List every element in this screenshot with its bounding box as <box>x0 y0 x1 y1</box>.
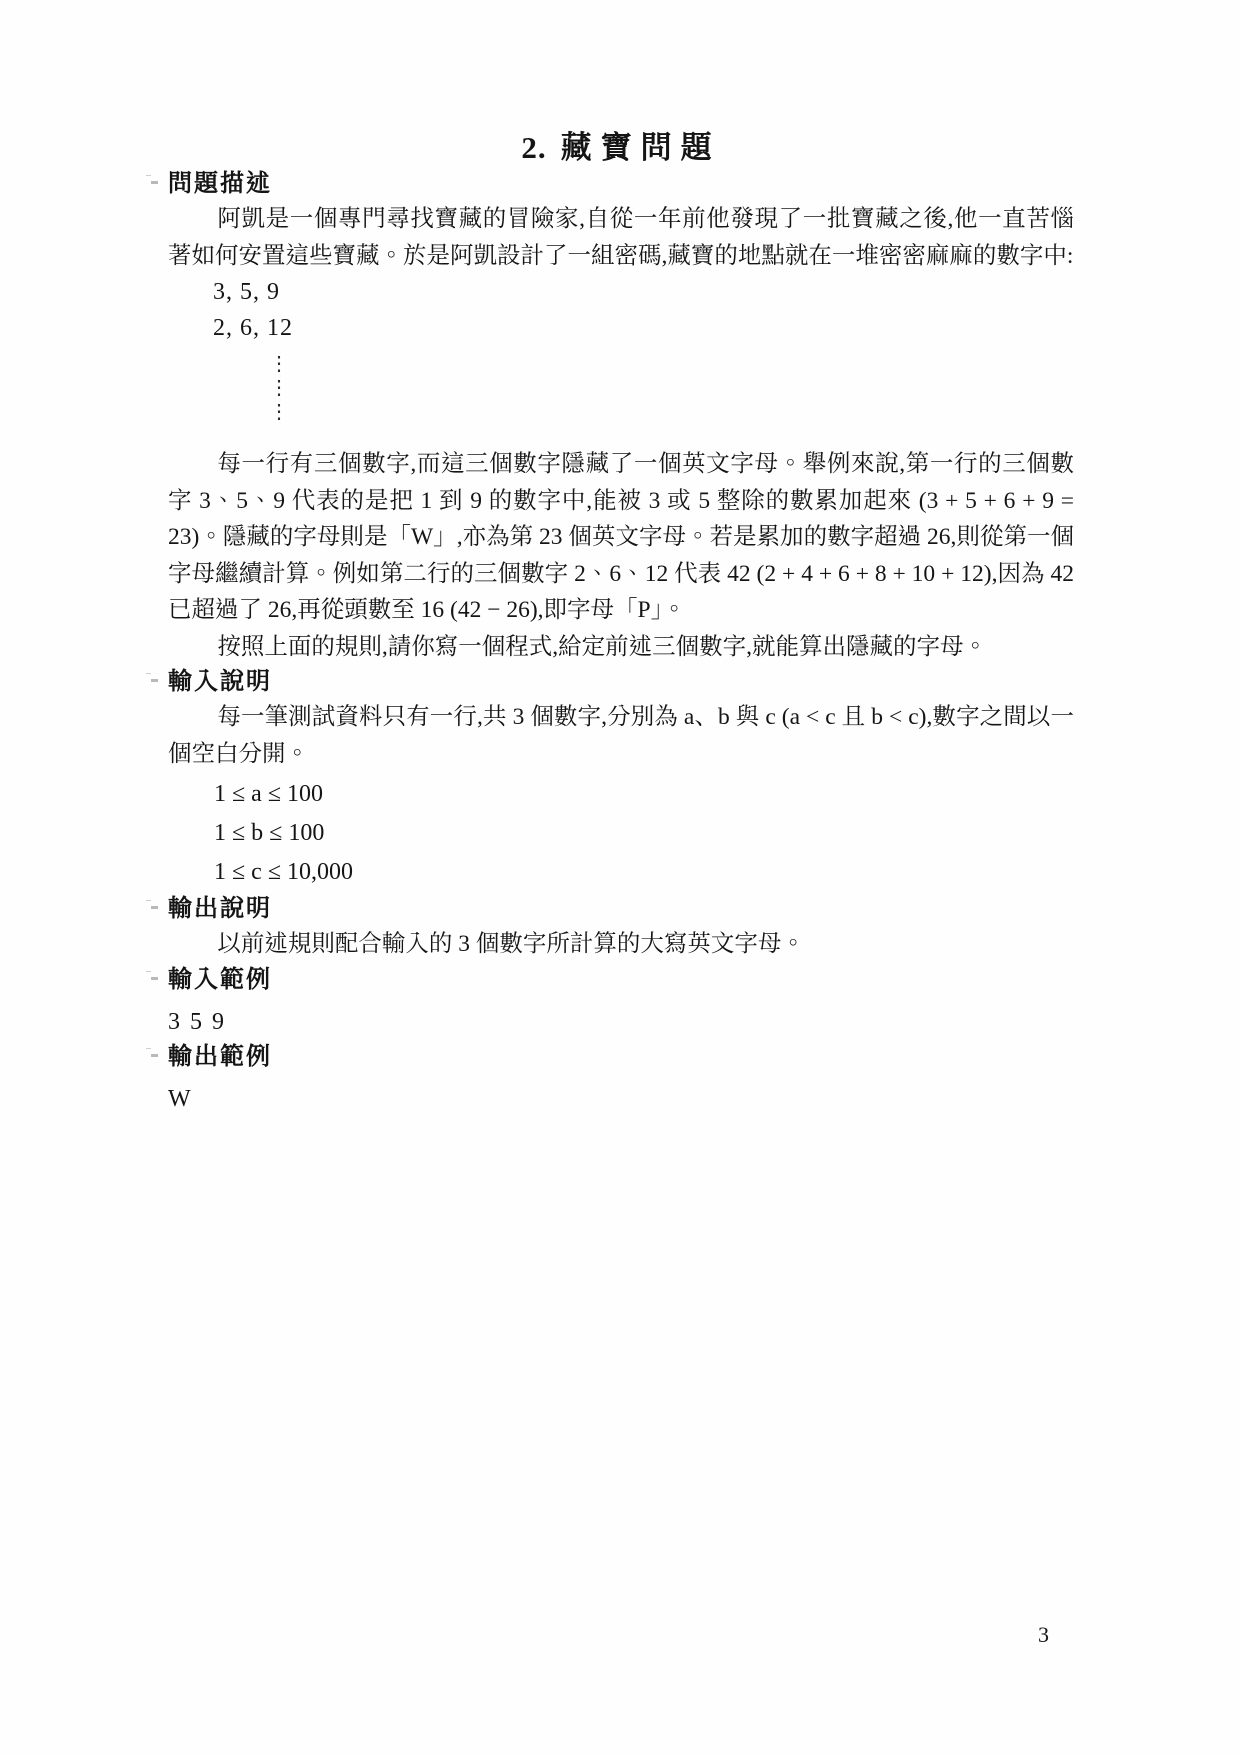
constraint-a: 1 ≤ a ≤ 100 <box>214 775 1074 814</box>
input-constraints: 1 ≤ a ≤ 100 1 ≤ b ≤ 100 1 ≤ c ≤ 10,000 <box>214 775 1074 892</box>
section-problem-description: 問題描述 阿凱是一個專門尋找寶藏的冒險家,自從一年前他發現了一批寶藏之後,他一直… <box>168 167 1074 665</box>
output-description-paragraph: 以前述規則配合輸入的 3 個數字所計算的大寫英文字母。 <box>168 926 1074 963</box>
problem-paragraph-2: 每一行有三個數字,而這三個數字隱藏了一個英文字母。舉例來說,第一行的三個數字 3… <box>168 446 1074 629</box>
heading-input-description: 輸入說明 <box>168 665 1074 699</box>
output-sample-value: W <box>168 1081 1074 1117</box>
constraint-c: 1 ≤ c ≤ 10,000 <box>214 853 1074 892</box>
vertical-ellipsis: ⋮ ⋮ ⋮ <box>269 352 1074 424</box>
section-output-description: 輸出說明 以前述規則配合輸入的 3 個數字所計算的大寫英文字母。 <box>168 892 1074 963</box>
vertical-ellipsis-glyph: ⋮ <box>269 400 289 424</box>
number-code-row: 3, 5, 9 <box>213 274 1074 310</box>
vertical-ellipsis-glyph: ⋮ <box>269 352 289 376</box>
page-content: 2.藏寶問題 問題描述 阿凱是一個專門尋找寶藏的冒險家,自從一年前他發現了一批寶… <box>0 0 1240 1117</box>
problem-paragraph-3: 按照上面的規則,請你寫一個程式,給定前述三個數字,就能算出隱藏的字母。 <box>168 629 1074 666</box>
document-page: 2.藏寶問題 問題描述 阿凱是一個專門尋找寶藏的冒險家,自從一年前他發現了一批寶… <box>0 0 1240 1754</box>
title-text: 藏寶問題 <box>561 130 721 165</box>
heading-output-sample: 輸出範例 <box>168 1040 1074 1074</box>
page-number: 3 <box>1038 1622 1049 1648</box>
title-number: 2. <box>521 130 546 165</box>
heading-problem-description: 問題描述 <box>168 167 1074 201</box>
page-title: 2.藏寶問題 <box>168 0 1074 167</box>
heading-input-sample: 輸入範例 <box>168 963 1074 997</box>
section-input-description: 輸入說明 每一筆測試資料只有一行,共 3 個數字,分別為 a、b 與 c (a … <box>168 665 1074 892</box>
vertical-ellipsis-glyph: ⋮ <box>269 376 289 400</box>
number-code-row: 2, 6, 12 <box>213 310 1074 346</box>
constraint-b: 1 ≤ b ≤ 100 <box>214 814 1074 853</box>
heading-output-description: 輸出說明 <box>168 892 1074 926</box>
problem-paragraph-1: 阿凱是一個專門尋找寶藏的冒險家,自從一年前他發現了一批寶藏之後,他一直苦惱著如何… <box>168 201 1074 274</box>
input-sample-value: 3 5 9 <box>168 1004 1074 1040</box>
input-description-paragraph: 每一筆測試資料只有一行,共 3 個數字,分別為 a、b 與 c (a < c 且… <box>168 699 1074 772</box>
section-output-sample: 輸出範例 W <box>168 1040 1074 1117</box>
number-code-list: 3, 5, 9 2, 6, 12 <box>213 274 1074 346</box>
section-input-sample: 輸入範例 3 5 9 <box>168 963 1074 1040</box>
